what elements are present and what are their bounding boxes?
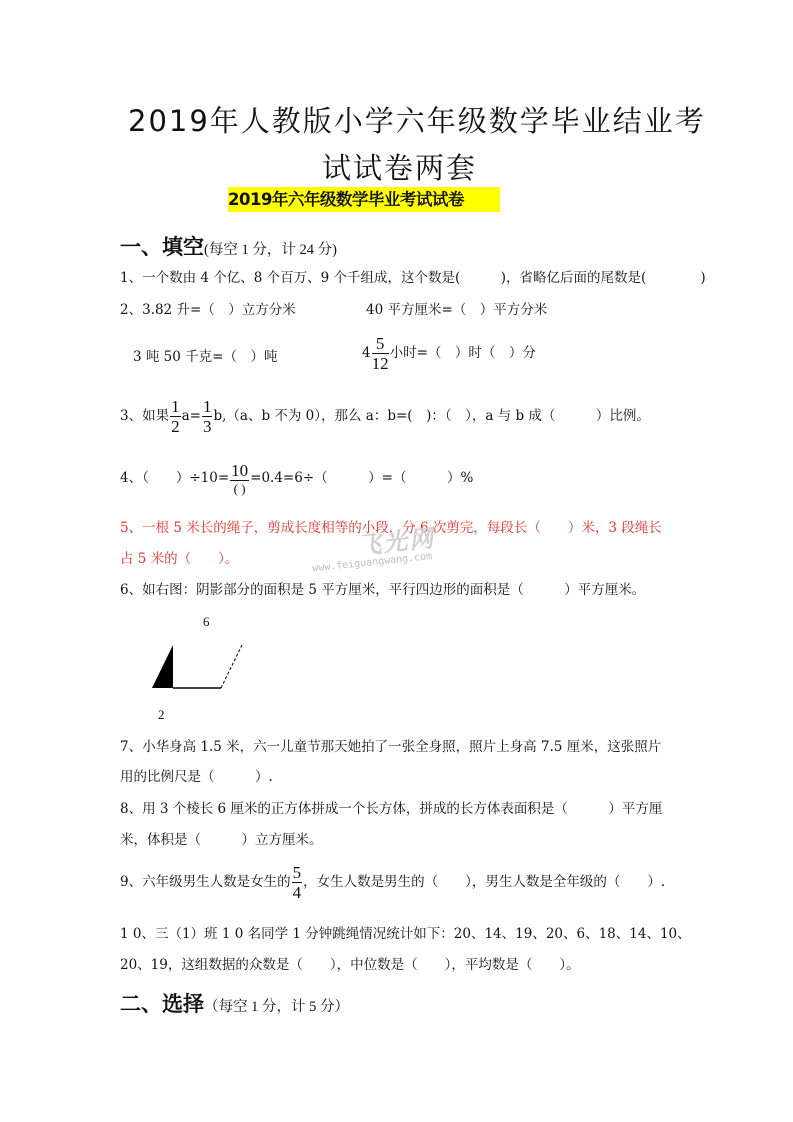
parallelogram-figure (140, 630, 260, 700)
question-2a: 2、3.82 升=（ ）立方分米 (120, 301, 296, 319)
figure-top-length-label: 6 (203, 614, 210, 630)
section1-score-note: (每空 1 分，计 24 分) (204, 242, 337, 258)
question-7-line1: 7、小华身高 1.5 米，六一儿童节那天她拍了一张全身照，照片上身高 7.5 厘… (120, 738, 661, 756)
question-3-mid: a= (182, 408, 201, 424)
question-9: 9、六年级男生人数是女生的54，女生人数是男生的（ ），男生人数是全年级的（ ）… (120, 864, 665, 901)
question-2d: 4512小时=（ ）时（ ）分 (362, 335, 536, 372)
dashed-side (221, 645, 242, 688)
question-2d-text: 小时=（ ）时（ ）分 (390, 345, 536, 361)
fraction-numerator: 1 (202, 398, 213, 417)
question-5-line2: 占 5 米的（ ）。 (120, 550, 238, 568)
fraction-numerator: 5 (372, 335, 389, 354)
watermark: 飞光网 www.feiguangwang.com (357, 522, 435, 568)
question-1: 1、一个数由 4 个亿、8 个百万、9 个千组成，这个数是( )，省略亿后面的尾… (120, 269, 706, 287)
question-7-line2: 用的比例尺是（ ）. (120, 768, 273, 786)
figure-bottom-length-label: 2 (158, 707, 165, 723)
section2-heading: 二、选择 (120, 992, 204, 1016)
fraction-numerator: 10 (230, 462, 249, 481)
fraction-denominator: 3 (202, 417, 213, 435)
mixed-number-whole: 4 (362, 345, 371, 361)
exam-subtitle-highlighted: 2019年六年级数学毕业考试试卷 (228, 187, 500, 212)
document-title-line1: 2019年人教版小学六年级数学毕业结业考 (128, 99, 706, 140)
question-9-suffix: ，女生人数是男生的（ ），男生人数是全年级的（ ）. (303, 874, 665, 890)
section1-heading: 一、填空 (120, 235, 204, 259)
fraction-5-4: 54 (292, 864, 303, 901)
question-4: 4、（ ）÷10=10( )=0.4=6÷（ ）=（ ）% (120, 462, 473, 495)
fraction-1-3: 13 (202, 398, 213, 435)
document-title-line2: 试试卷两套 (322, 146, 477, 187)
question-4-suffix: =0.4=6÷（ ）=（ ）% (250, 470, 473, 486)
question-3: 3、如果12a=13b,（a、b 不为 0），那么 a：b=( )：（ ），a … (120, 398, 650, 435)
section2-header: 二、选择（每空 1 分，计 5 分） (120, 988, 349, 1018)
question-6: 6、如右图：阴影部分的面积是 5 平方厘米，平行四边形的面积是（ ）平方厘米。 (120, 581, 645, 599)
section2-score-note: （每空 1 分，计 5 分） (204, 999, 349, 1015)
shaded-triangle (152, 645, 173, 688)
fraction-denominator: 12 (372, 354, 389, 372)
question-4-prefix: 4、（ ）÷10= (120, 470, 229, 486)
question-2c: 3 吨 50 千克=（ ）吨 (133, 348, 277, 366)
question-8-line1: 8、用 3 个棱长 6 厘米的正方体拼成一个长方体，拼成的长方体表面积是（ ）平… (120, 800, 662, 818)
question-10-line1: 1 0、三（1）班 1 0 名同学 1 分钟跳绳情况统计如下：20、14、19、… (120, 925, 691, 943)
question-8-line2: 米，体积是（ ）立方厘米。 (120, 831, 323, 849)
fraction-denominator: 2 (170, 417, 181, 435)
fraction-1-2: 12 (170, 398, 181, 435)
question-10-line2: 20、19，这组数据的众数是（ ），中位数是（ ），平均数是（ ）。 (120, 956, 580, 974)
fraction-10-blank: 10( ) (230, 462, 249, 495)
question-9-prefix: 9、六年级男生人数是女生的 (120, 874, 291, 890)
question-2b: 40 平方厘米=（ ）平方分米 (366, 301, 547, 319)
question-3-prefix: 3、如果 (120, 408, 169, 424)
question-3-suffix: b,（a、b 不为 0），那么 a：b=( )：（ ），a 与 b 成（ ）比例… (213, 408, 649, 424)
fraction-5-12: 512 (372, 335, 389, 372)
fraction-numerator: 5 (292, 864, 303, 883)
fraction-numerator: 1 (170, 398, 181, 417)
fraction-denominator: 4 (292, 883, 303, 901)
section1-header: 一、填空(每空 1 分，计 24 分) (120, 231, 337, 261)
fraction-denominator: ( ) (230, 481, 249, 495)
